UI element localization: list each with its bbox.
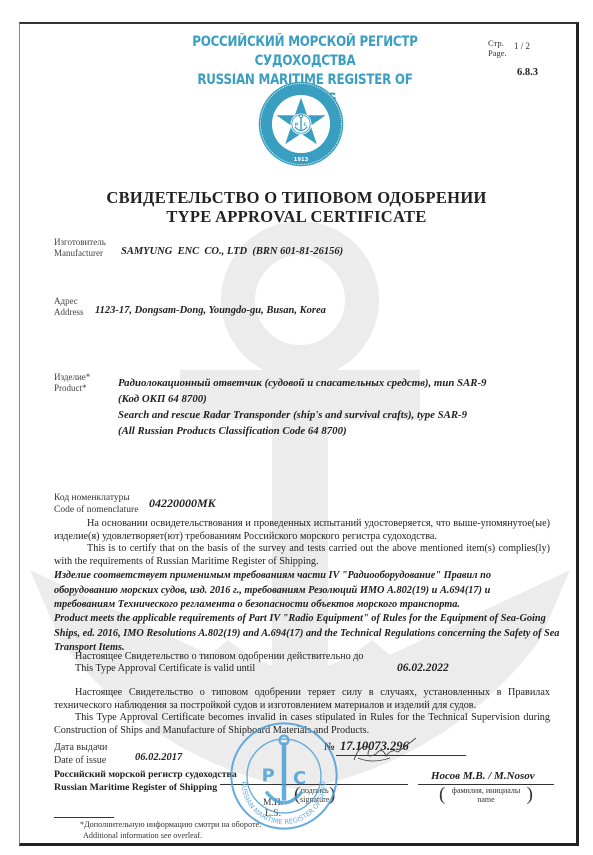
issue-date-label-ru: Дата выдачи [54, 741, 107, 754]
certificate-title-en: TYPE APPROVAL CERTIFICATE [0, 207, 593, 227]
address-value: 1123-17, Dongsam-Dong, Youngdo-gu, Busan… [95, 305, 326, 316]
page-label: Стр. Page. [488, 38, 507, 58]
rs-logo-icon: Р С 1913 [257, 80, 345, 168]
page-number: 1 / 2 [514, 41, 530, 51]
address-label: Адрес Address [54, 296, 84, 318]
signature-scribble [350, 734, 420, 768]
product-line: Радиолокационный ответчик (судовой и спа… [118, 375, 486, 391]
signatory-org: Российский морской регистр судоходства R… [54, 768, 237, 794]
valid-until-date: 06.02.2022 [397, 662, 449, 674]
page-label-en: Page. [488, 48, 507, 58]
name-caption-en: name [449, 795, 523, 804]
organization-name-ru: РОССИЙСКИЙ МОРСКОЙ РЕГИСТР СУДОХОДСТВА [170, 33, 441, 71]
certify-text-en: This is to certify that on the basis of … [54, 543, 550, 568]
product-label: Изделие* Product* [54, 372, 90, 394]
issue-date-label-en: Date of issue [54, 754, 107, 767]
form-number: 6.8.3 [517, 67, 538, 78]
certificate-title-ru: СВИДЕТЕЛЬСТВО О ТИПОВОМ ОДОБРЕНИИ [0, 188, 593, 208]
svg-text:С: С [304, 122, 307, 128]
nomenclature-label-en: Code of nomenclature [54, 504, 138, 516]
invalid-text-ru: Настоящее Свидетельство о типовом одобре… [54, 687, 550, 712]
svg-text:С: С [293, 768, 306, 789]
address-label-en: Address [54, 307, 84, 318]
compliance-text-en: Product meets the applicable requirement… [54, 612, 564, 656]
product-label-en: Product* [54, 383, 90, 394]
page-label-ru: Стр. [488, 38, 507, 48]
validity-label-ru: Настоящее Свидетельство о типовом одобре… [75, 651, 364, 664]
nomenclature-label: Код номенклатуры Code of nomenclature [54, 492, 138, 516]
nomenclature-value: 04220000MK [149, 496, 216, 511]
manufacturer-label-ru: Изготовитель [54, 237, 106, 248]
address-label-ru: Адрес [54, 296, 84, 307]
product-label-ru: Изделие* [54, 372, 90, 383]
manufacturer-label: Изготовитель Manufacturer [54, 237, 106, 259]
product-line: Search and rescue Radar Transponder (shi… [118, 407, 486, 423]
product-description: Радиолокационный ответчик (судовой и спа… [118, 375, 486, 439]
name-caption: ( фамилия, инициалы name ) [449, 786, 523, 804]
product-line: (All Russian Products Classification Cod… [118, 423, 486, 439]
issue-date: 06.02.2017 [135, 752, 182, 763]
signatory-org-ru: Российский морской регистр судоходства [54, 768, 237, 781]
product-line: (Код ОКП 64 8700) [118, 391, 486, 407]
nomenclature-label-ru: Код номенклатуры [54, 492, 138, 504]
seal-stamp-icon: Р С RUSSIAN MARITIME REGISTER OF SHIPPIN… [228, 720, 340, 832]
svg-text:1913: 1913 [294, 157, 309, 163]
manufacturer-value: SAMYUNG ENC CO., LTD (BRN 601-81-26156) [121, 246, 343, 257]
compliance-text-ru: Изделие соответствует применимым требова… [54, 569, 554, 613]
name-caption-ru: фамилия, инициалы [449, 786, 523, 795]
svg-text:Р: Р [262, 766, 275, 787]
issue-date-label: Дата выдачи Date of issue [54, 741, 107, 767]
signatory-name: Носов М.В. / M.Nosov [431, 770, 535, 782]
certify-text-ru: На основании освидетельствования и прове… [54, 518, 550, 543]
footnote-divider [54, 817, 114, 818]
validity-label-en: This Type Approval Certificate is valid … [75, 663, 255, 676]
manufacturer-label-en: Manufacturer [54, 248, 106, 259]
signatory-org-en: Russian Maritime Register of Shipping [54, 781, 237, 794]
